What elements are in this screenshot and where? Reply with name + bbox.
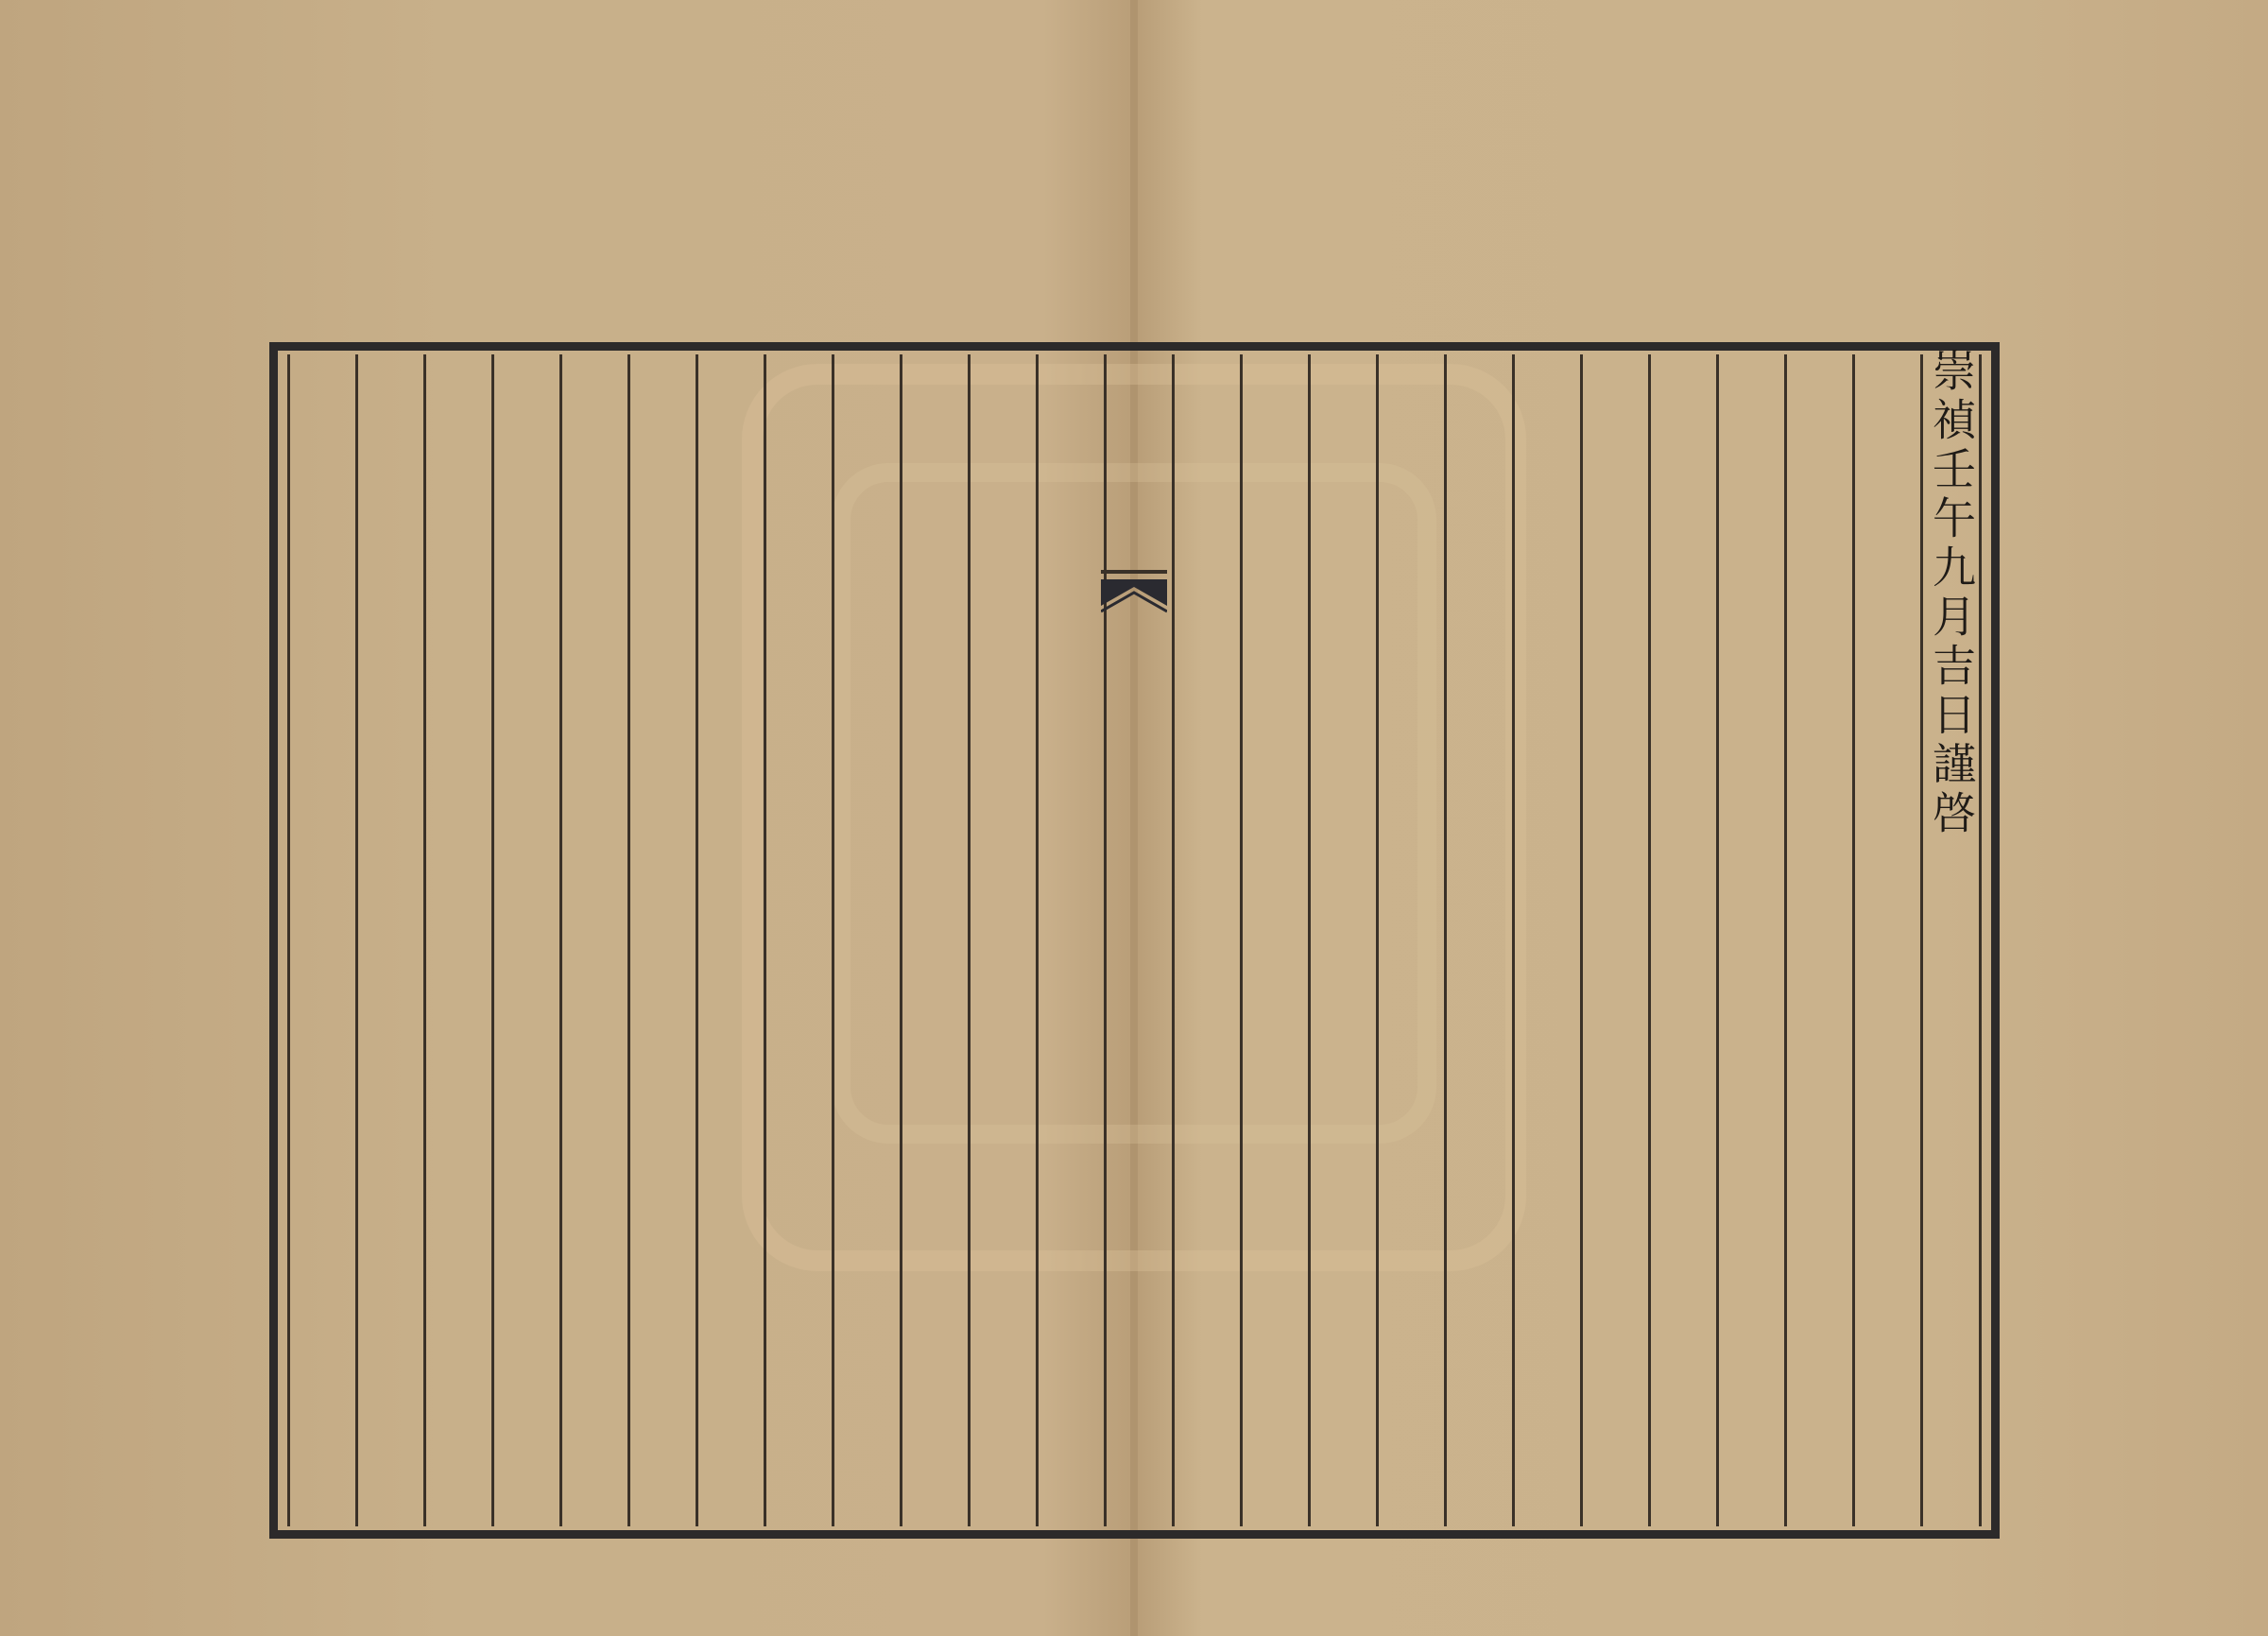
colophon-era: 崇禎壬午 [1926, 348, 1977, 544]
column-rule [832, 354, 834, 1526]
column-rule [1036, 354, 1039, 1526]
printed-border-frame [269, 342, 2000, 1539]
column-rule [423, 354, 426, 1526]
column-rule [900, 354, 902, 1526]
column-rule [1240, 354, 1243, 1526]
column-rule [1716, 354, 1719, 1526]
column-rule [1648, 354, 1651, 1526]
column-rule [1172, 354, 1175, 1526]
column-rule [559, 354, 562, 1526]
column-rule [968, 354, 971, 1526]
column-rule [287, 354, 290, 1526]
column-rule [1580, 354, 1583, 1526]
colophon-date: 崇禎壬午九月吉日謹啓 [1918, 348, 1984, 839]
column-rule [627, 354, 630, 1526]
column-rule [1784, 354, 1787, 1526]
column-rule [355, 354, 358, 1526]
column-rule [696, 354, 698, 1526]
fish-tail-mark-icon [1101, 570, 1167, 617]
colophon-day: 九月吉日謹啓 [1926, 544, 1977, 839]
column-rule [1308, 354, 1311, 1526]
column-rule [1376, 354, 1379, 1526]
ruled-columns [287, 354, 1982, 1526]
column-rule [1444, 354, 1447, 1526]
column-rule [1852, 354, 1855, 1526]
column-rule [1512, 354, 1515, 1526]
column-rule [1104, 354, 1107, 1526]
column-rule [764, 354, 766, 1526]
column-rule [491, 354, 494, 1526]
